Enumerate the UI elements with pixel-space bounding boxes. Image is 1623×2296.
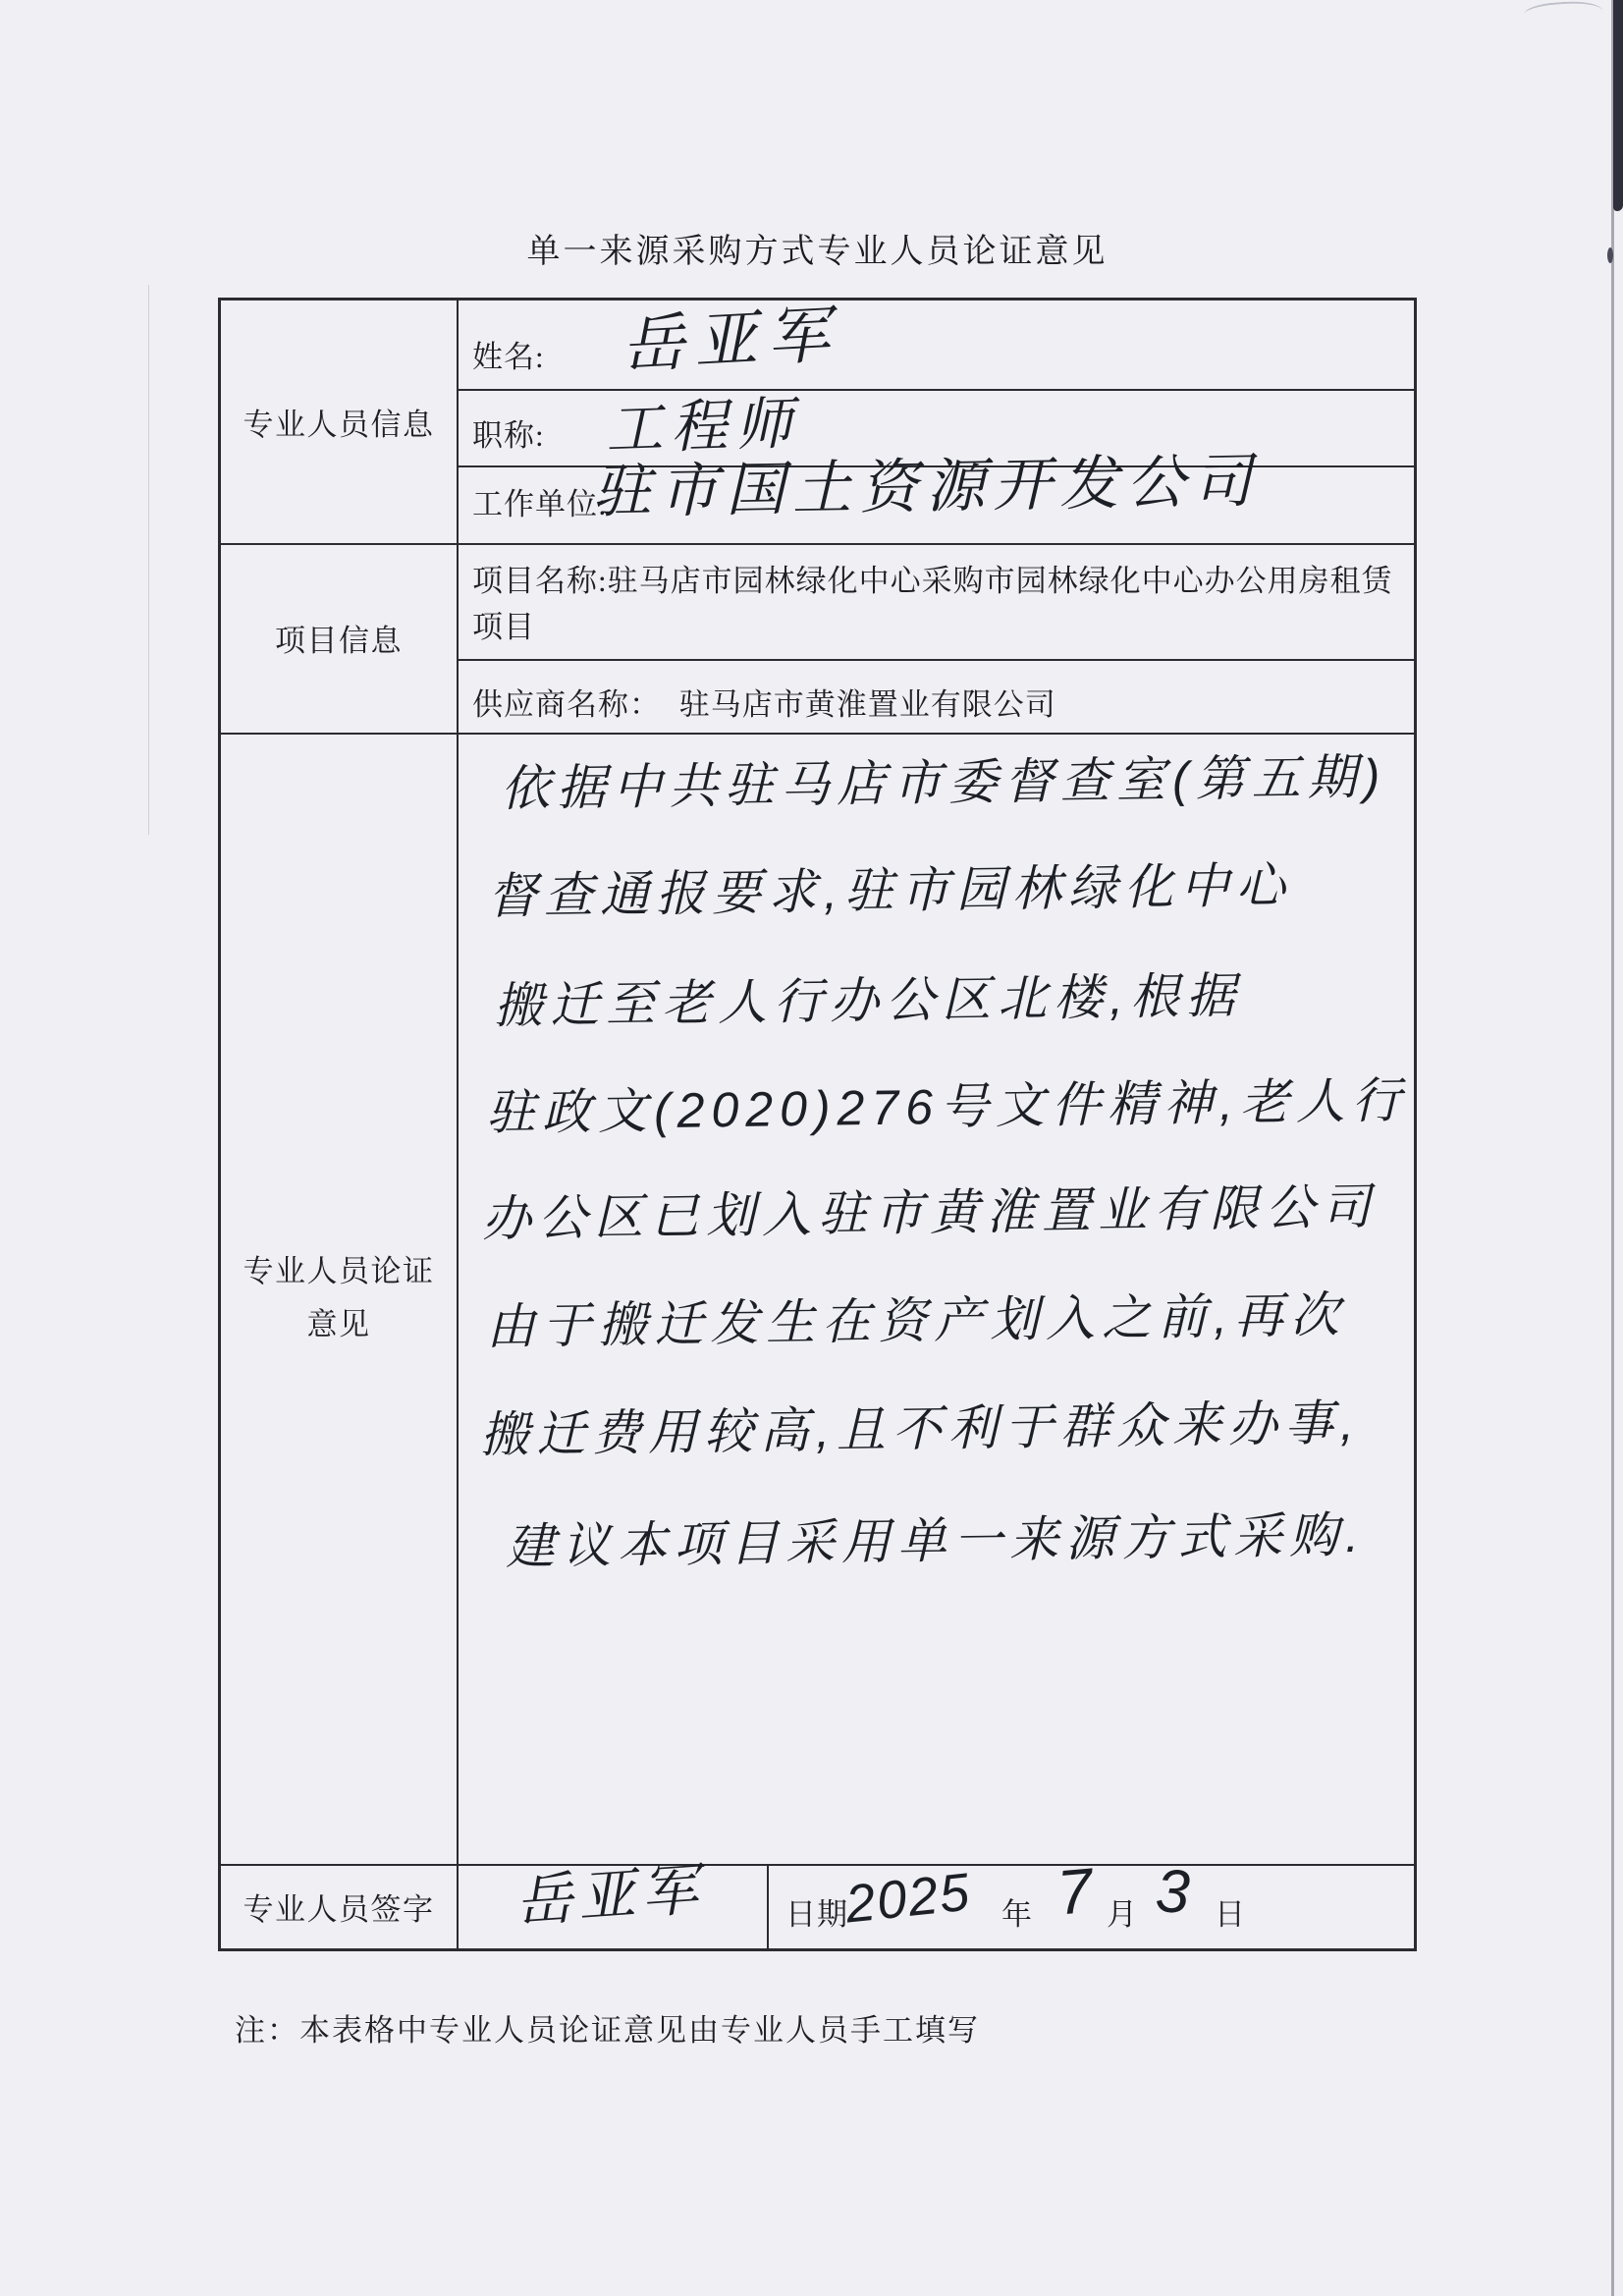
scanned-form-page: 单一来源采购方式专业人员论证意见 专业人员信息 项目信息 专业人员论证意见 专业…	[0, 0, 1623, 2296]
signature-handwritten-name: 岳亚军	[514, 1861, 706, 1931]
name-handwritten-value: 岳亚军	[620, 302, 840, 377]
opinion-line-7: 搬迁费用较高,且不利于群众来办事,	[480, 1398, 1361, 1460]
supplier-value: 驻马店市黄淮置业有限公司	[679, 687, 1056, 722]
date-year-unit: 年	[1001, 1889, 1033, 1934]
supplier-paragraph: 供应商名称： 驻马店市黄淮置业有限公司	[472, 682, 1395, 728]
section-label-personnel: 专业人员信息	[221, 301, 457, 543]
table-divider-h1	[457, 389, 1414, 391]
opinion-cell: 依据中共驻马店市委督查室(第五期) 督查通报要求,驻市园林绿化中心 搬迁至老人行…	[457, 733, 1414, 1864]
name-field-label: 姓名:	[472, 332, 545, 376]
pencil-squiggle-mark	[1524, 0, 1603, 17]
title-handwritten-value: 工程师	[605, 396, 801, 460]
opinion-line-4: 驻政文(2020)276号文件精神,老人行	[486, 1075, 1408, 1137]
project-name-paragraph: 项目名称:驻马店市园林绿化中心采购市园林绿化中心办公用房租赁项目	[472, 558, 1395, 650]
date-month-unit: 月	[1107, 1889, 1138, 1934]
footer-note: 注：本表格中专业人员论证意见由专业人员手工填写	[235, 2005, 980, 2050]
scan-edge-blob	[1613, 0, 1623, 211]
section-label-opinion: 专业人员论证意见	[241, 733, 437, 1864]
date-month-handwritten: 7	[1055, 1859, 1095, 1925]
opinion-line-5: 办公区已划入驻市黄淮置业有限公司	[482, 1182, 1379, 1244]
date-year-handwritten: 2025	[843, 1865, 974, 1931]
supplier-label: 供应商名称：	[472, 687, 661, 722]
unit-handwritten-value: 驻市国土资源开发公司	[592, 452, 1261, 522]
date-day-handwritten: 3	[1154, 1861, 1191, 1924]
form-table: 专业人员信息 项目信息 专业人员论证意见 专业人员签字 姓名: 岳亚军 职称: …	[218, 298, 1417, 1951]
section-label-project: 项目信息	[221, 543, 457, 733]
opinion-line-1: 依据中共驻马店市委督查室(第五期)	[501, 752, 1387, 814]
scan-edge-dot	[1607, 247, 1613, 263]
opinion-line-3: 搬迁至老人行办公区北楼,根据	[494, 971, 1243, 1031]
opinion-line-2: 督查通报要求,驻市园林绿化中心	[488, 860, 1293, 920]
table-divider-h4	[457, 659, 1414, 661]
opinion-line-8: 建议本项目采用单一来源方式采购.	[506, 1510, 1367, 1571]
project-name-label: 项目名称:	[472, 564, 608, 598]
project-name-value: 驻马店市园林绿化中心采购市园林绿化中心办公用房租赁项目	[472, 564, 1393, 644]
date-label: 日期	[785, 1889, 848, 1934]
date-day-unit: 日	[1215, 1889, 1246, 1934]
scan-edge-line	[1611, 0, 1614, 2296]
table-divider-vertical-date	[767, 1864, 769, 1948]
opinion-line-6: 由于搬迁发生在资产划入之前,再次	[486, 1290, 1347, 1351]
unit-field-label: 工作单位:	[472, 479, 608, 523]
title-field-label: 职称:	[472, 410, 545, 455]
page-title: 单一来源采购方式专业人员论证意见	[218, 224, 1417, 272]
paper-fold-line	[148, 285, 149, 835]
section-label-signature: 专业人员签字	[221, 1864, 457, 1948]
